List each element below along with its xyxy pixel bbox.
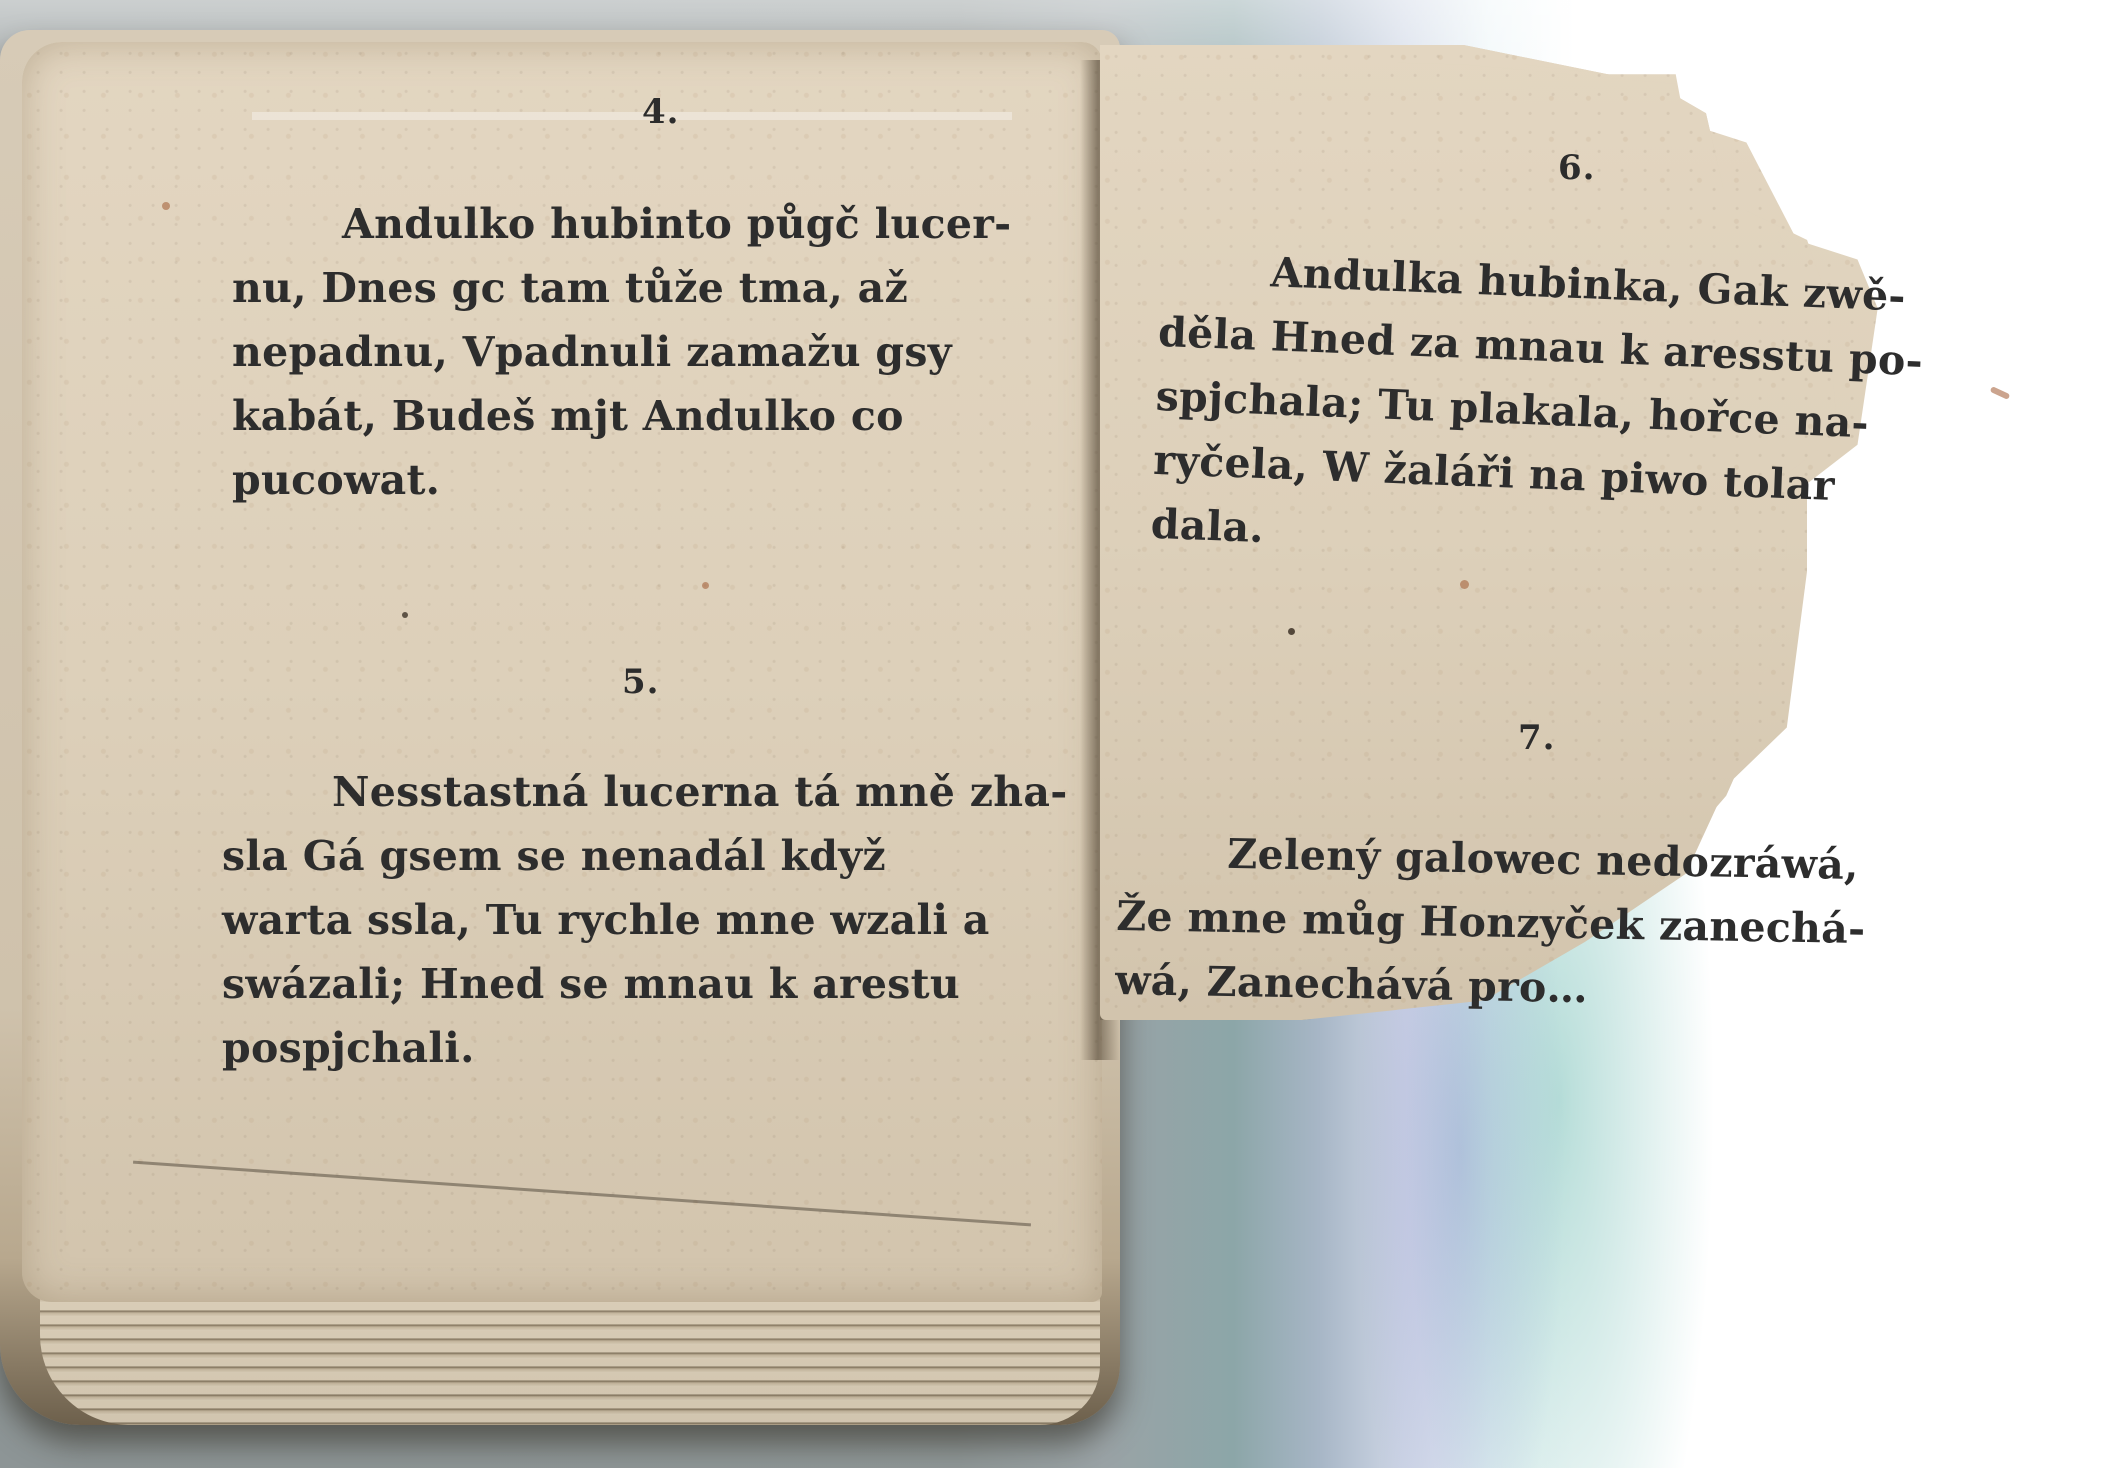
verse-number-5: 5. [622, 662, 660, 702]
verse-line: warta ssla, Tu rychle mne wzali a [222, 888, 1042, 952]
verse-4-text: Andulko hubinto půgč lucer- nu, Dnes gc … [232, 192, 1042, 512]
verse-line: kabát, Budeš mjt Andulko co [232, 384, 1042, 448]
verse-5-text: Nesstastná lucerna tá mně zha- sla Gá gs… [222, 760, 1042, 1080]
verse-6-text: Andulka hubinka, Gak zwě- děla Hned za m… [1150, 236, 1982, 587]
verse-line: nepadnu, Vpadnuli zamažu gsy [232, 320, 1042, 384]
paper-crease [133, 1161, 1031, 1227]
verse-7-text: Zelený galowec nedozráwá, Že mne můg Hon… [1115, 820, 1948, 1026]
foxing-stain [1460, 580, 1469, 589]
left-page: 4. Andulko hubinto půgč lucer- nu, Dnes … [22, 42, 1102, 1302]
folded-corner-crease [252, 112, 1012, 120]
verse-line: pospjchali. [222, 1016, 1042, 1080]
verse-line: swázali; Hned se mnau k arestu [222, 952, 1042, 1016]
verse-line: sla Gá gsem se nenadál když [222, 824, 1042, 888]
foxing-stain [162, 202, 170, 210]
verse-line: nu, Dnes gc tam tůže tma, až [232, 256, 1042, 320]
verse-number-6: 6. [1558, 148, 1596, 188]
verse-number-4: 4. [642, 92, 680, 132]
foxing-stain [702, 582, 709, 589]
verse-line: pucowat. [232, 448, 1042, 512]
rust-stain [1990, 386, 2011, 400]
ink-speck [1288, 628, 1295, 635]
ink-speck [402, 612, 408, 618]
verse-line: Andulko hubinto půgč lucer- [232, 192, 1042, 256]
verse-number-7: 7. [1518, 718, 1556, 758]
verse-line: Nesstastná lucerna tá mně zha- [222, 760, 1042, 824]
